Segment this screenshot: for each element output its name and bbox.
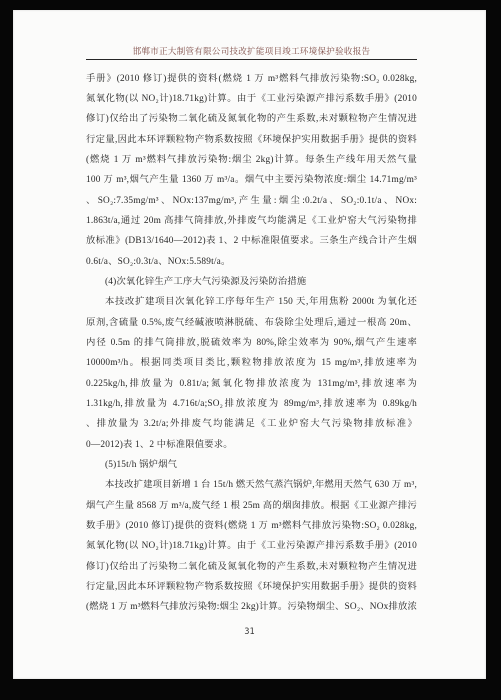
text-line: 1.31kg/h,排放量为 4.716t/a;SO₂排放浓度为 89mg/m³,… (86, 394, 417, 414)
document-page: 邯郸市正大制管有限公司技改扩能项目竣工环境保护验收报告 手册》(2010 修订)… (13, 10, 486, 679)
text-line: 修订)仅给出了污染物二氧化硫及氮氧化物的产生系数,未对颗粒物产生情况进 (86, 557, 417, 577)
text-line: 放标准》(DB13/1640—2012)表 1、2 中标准限值要求。三条生产线合… (86, 231, 417, 251)
section-5-heading: (5)15t/h 锅炉烟气 (86, 455, 417, 475)
text-line: 、排放量为 3.2t/a;外排废气均能满足《工业炉窑大气污染物排放标准》(DB1… (86, 414, 417, 434)
text-line: 本技改扩建项目新增 1 台 15t/h 燃天然气蒸汽锅炉,年燃用天然气 630 … (86, 475, 417, 495)
text-line: 0—2012)表 1、2 中标准限值要求。 (86, 435, 417, 455)
header-rule (86, 59, 417, 60)
text-line: (燃烧 1 万 m³燃料气排放污染物:烟尘 2kg)计算。每条生产线年用天然气量 (86, 150, 417, 170)
scan-frame: 邯郸市正大制管有限公司技改扩能项目竣工环境保护验收报告 手册》(2010 修订)… (0, 0, 501, 700)
page-content: 邯郸市正大制管有限公司技改扩能项目竣工环境保护验收报告 手册》(2010 修订)… (13, 10, 486, 618)
text-line: 0.6t/a、SO₂:0.3t/a、NOx:5.589t/a。 (86, 252, 417, 272)
text-line: 原剂,含硫量 0.5%,废气经碱液喷淋脱硫、布袋除尘处理后,通过一根高 20m、 (86, 313, 417, 333)
text-line: 1.863t/a,通过 20m 高排气筒排放,外排废气均能满足《工业炉窑大气污染… (86, 211, 417, 231)
text-line: 行定量,因此本环评颗粒物产物系数按照《环境保护实用数据手册》提供的资料 (86, 130, 417, 150)
report-header-title: 邯郸市正大制管有限公司技改扩能项目竣工环境保护验收报告 (86, 46, 417, 56)
text-line: (燃烧 1 万 m³燃料气排放污染物:烟尘 2kg)计算。污染物烟尘、SO₂、N… (86, 597, 417, 617)
text-line: 烟气产生量 8568 万 m³/a,废气经 1 根 25m 高的烟囱排放。根据《… (86, 496, 417, 516)
text-line: 修订)仅给出了污染物二氧化硫及氮氧化物的产生系数,未对颗粒物产生情况进 (86, 109, 417, 129)
text-line: 10000m³/h。根据同类项目类比,颗粒物排放浓度为 15 mg/m³,排放速… (86, 353, 417, 373)
section-4-heading: (4)次氧化锌生产工序大气污染源及污染防治措施 (86, 272, 417, 292)
page-number: 31 (13, 627, 486, 637)
text-line: 手册》(2010 修订)提供的资料(燃烧 1 万 m³燃料气排放污染物:SO₂ … (86, 69, 417, 89)
text-line: 数手册》(2010 修订)提供的资料(燃烧 1 万 m³燃料气排放污染物:SO₂… (86, 516, 417, 536)
text-line: 内径 0.5m 的排气筒排放,脱硫效率为 80%,除尘效率为 90%,烟气产生速… (86, 333, 417, 353)
text-line: 、SO₂:7.35mg/m³、NOx:137mg/m³,产生量:烟尘:0.2t/… (86, 191, 417, 211)
text-line: 行定量,因此本环评颗粒物产物系数按照《环境保护实用数据手册》提供的资料 (86, 577, 417, 597)
text-line: 100 万 m³,烟气产生量 1360 万 m³/a。烟气中主要污染物浓度:烟尘… (86, 170, 417, 190)
text-line: 氮氧化物(以 NO₂计)18.71kg)计算。由于《工业污染源产排污系数手册》(… (86, 89, 417, 109)
text-line: 本技改扩建项目次氧化锌工序每年生产 150 天,年用焦粉 2000t 为氧化还 (86, 292, 417, 312)
body-text: 手册》(2010 修订)提供的资料(燃烧 1 万 m³燃料气排放污染物:SO₂ … (86, 69, 417, 618)
text-line: 0.225kg/h,排放量为 0.81t/a;氮氧化物排放浓度为 131mg/m… (86, 374, 417, 394)
text-line: 氮氧化物(以 NO₂计)18.71kg)计算。由于《工业污染源产排污系数手册》(… (86, 536, 417, 556)
